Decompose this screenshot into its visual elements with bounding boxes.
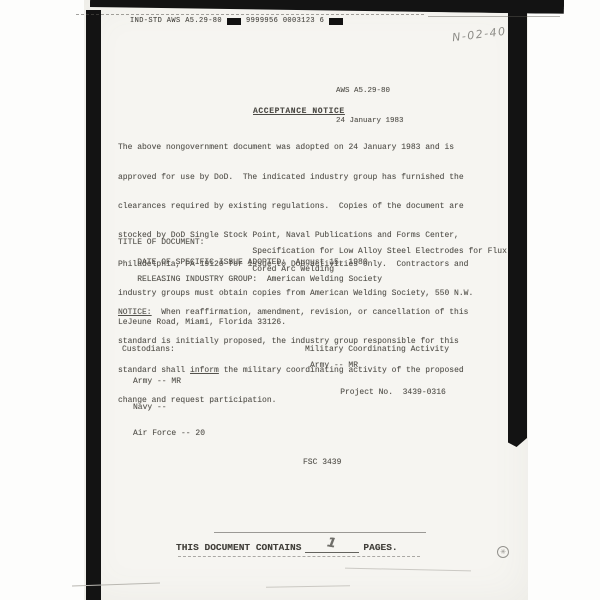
scan-code-left: IND-STD AWS A5.29-80	[130, 17, 222, 25]
coordinating-custodian: Army -- MR	[310, 361, 358, 370]
stamp-blank-field: 1	[305, 540, 359, 553]
circled-asterisk-icon: ✳	[497, 546, 509, 558]
notice-line-rest: When reaffirmation, amendment, revision,…	[152, 308, 469, 317]
fsc-code: FSC 3439	[303, 458, 341, 467]
paragraph-line: approved for use by DoD. The indicated i…	[118, 173, 473, 183]
page-count-stamp: THIS DOCUMENT CONTAINS 1 PAGES.	[176, 540, 398, 553]
code-block-icon	[329, 18, 343, 25]
project-number-line: Project No.3439-0316	[321, 379, 446, 406]
header-right-rule	[428, 16, 560, 17]
paragraph-line: clearances required by existing regulati…	[118, 202, 473, 212]
coordinating-activity-header: Military Coordinating Activity	[305, 345, 449, 354]
custodian-item: Navy --	[133, 404, 205, 413]
scanned-document-page: IND-STD AWS A5.29-80 9999956 0003123 6 N…	[0, 0, 600, 600]
custodian-item: Army -- MR	[133, 378, 205, 387]
stamp-rule-top	[214, 532, 426, 533]
custodian-list: Army -- MR Navy -- Air Force -- 20	[133, 360, 205, 457]
custodians-header: Custodians:	[122, 345, 175, 354]
scan-code-right: 9999956 0003123 6	[246, 17, 324, 25]
notice-label: NOTICE:	[118, 308, 152, 317]
code-block-icon	[227, 18, 241, 25]
project-label: Project No.	[340, 388, 393, 397]
notice-line: NOTICE: When reaffirmation, amendment, r…	[118, 308, 468, 318]
stamp-text-after: PAGES.	[363, 542, 397, 553]
spec-number: AWS A5.29-80	[336, 86, 404, 96]
handwritten-page-count: 1	[326, 535, 338, 551]
field-value: American Welding Society	[267, 275, 382, 284]
custodian-item: Air Force -- 20	[133, 430, 205, 439]
stamp-text-before: THIS DOCUMENT CONTAINS	[176, 542, 301, 553]
project-number: 3439-0316	[403, 388, 446, 397]
page-title: ACCEPTANCE NOTICE	[253, 107, 345, 116]
scan-left-black-bar	[86, 10, 101, 600]
stamp-rule-bottom	[178, 556, 420, 557]
scan-code-strip: IND-STD AWS A5.29-80 9999956 0003123 6	[130, 17, 348, 25]
header-dashed-rule	[76, 14, 424, 15]
paragraph-line: The above nongovernment document was ado…	[118, 143, 473, 153]
scan-right-black-bar	[508, 0, 527, 447]
field-label: RELEASING INDUSTRY GROUP:	[137, 275, 257, 284]
